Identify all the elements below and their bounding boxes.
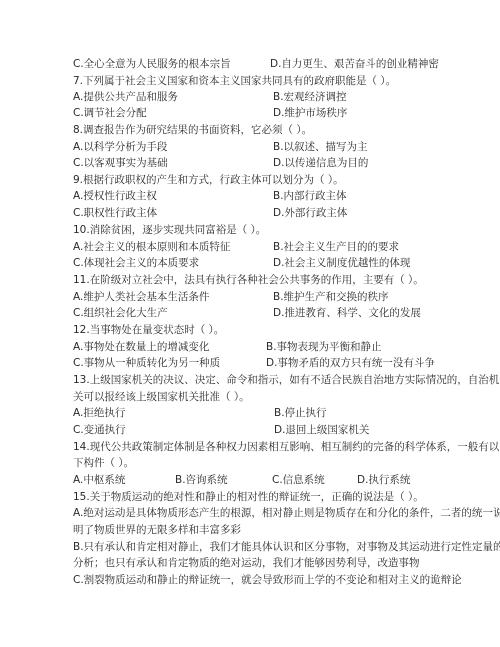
q10-stem: 10.消除贫困，逐步实现共同富裕是（ ）。 xyxy=(73,223,266,237)
q15-option-b-line1: B.只有承认和肯定相对静止，我们才能具体认识和区分事物，对事物及其运动进行定性定… xyxy=(73,540,500,554)
q8-option-a: A.以科学分析为手段 xyxy=(73,140,167,154)
q7-option-a: A.提供公共产品和服务 xyxy=(73,90,178,104)
q8-option-b: B.以叙述、描写为主 xyxy=(273,140,368,154)
q11-option-a: A.维护人类社会基本生活条件 xyxy=(73,290,209,304)
q7-option-b: B.宏观经济调控 xyxy=(273,90,347,104)
q10-option-d: D.社会主义制度优越性的体现 xyxy=(273,256,410,270)
q6-option-c: C.全心全意为人民服务的根本宗旨 xyxy=(73,57,231,71)
q10-option-a: A.社会主义的根本原则和本质特征 xyxy=(73,240,230,254)
q15-option-a-line1: A.绝对运动是具体物质形态产生的根源，相对静止则是物质存在和分化的条件，二者的统… xyxy=(73,506,500,520)
q9-option-a: A.授权性行政主权 xyxy=(73,189,157,203)
q15-option-a-line2: 明了物质世界的无限多样和丰富多彩 xyxy=(73,523,241,537)
q14-option-d: D.执行系统 xyxy=(357,473,410,487)
q9-option-b: B.内部行政主体 xyxy=(273,189,347,203)
q9-option-c: C.职权性行政主体 xyxy=(73,206,157,220)
q11-option-c: C.组织社会化大生产 xyxy=(73,306,168,320)
q14-option-b: B.咨询系统 xyxy=(175,473,228,487)
q13-option-a: A.拒绝执行 xyxy=(73,406,125,420)
q7-option-c: C.调节社会分配 xyxy=(73,106,147,120)
q9-stem: 9.根据行政职权的产生和方式，行政主体可以划分为（ ）。 xyxy=(73,173,344,187)
exam-page: C.全心全意为人民服务的根本宗旨 D.自力更生、艰苦奋斗的创业精神密 7.下列属… xyxy=(0,0,500,647)
q10-option-b: B.社会主义生产目的的要求 xyxy=(273,240,399,254)
q9-option-d: D.外部行政主体 xyxy=(273,206,347,220)
q7-stem: 7.下列属于社会主义国家和资本主义国家共同具有的政府职能是（ ）。 xyxy=(73,74,396,88)
q12-stem: 12.当事物处在量变状态时（ ）。 xyxy=(73,323,224,337)
q13-option-c: C.变通执行 xyxy=(73,423,126,437)
q13-option-d: D.退回上级国家机关 xyxy=(274,423,369,437)
q8-option-c: C.以客观事实为基础 xyxy=(73,156,168,170)
q10-option-c: C.体现社会主义的本质要求 xyxy=(73,256,199,270)
q11-option-d: D.推进教育、科学、文化的发展 xyxy=(273,306,421,320)
q12-option-a: A.事物处在数量上的增减变化 xyxy=(73,340,209,354)
q15-stem: 15.关于物质运动的绝对性和静止的相对性的辩证统一，正确的说法是（ ）。 xyxy=(73,490,424,504)
q12-option-d: D.事物矛盾的双方只有统一没有斗争 xyxy=(266,356,435,370)
q8-stem: 8.调查报告作为研究结果的书面资料，它必须（ ）。 xyxy=(73,123,312,137)
q14-stem-line1: 14.现代公共政策制定体制是各种权力因素相互影响、相互制约的完备的科学体系，一般… xyxy=(73,440,499,454)
q7-option-d: D.维护市场秩序 xyxy=(273,106,347,120)
q13-stem-line1: 13.上级国家机关的决议、决定、命令和指示，如有不适合民族自治地方实际情况的，自… xyxy=(73,373,499,387)
q14-stem-line2: 下构件（ ）。 xyxy=(73,456,134,470)
q14-option-c: C.信息系统 xyxy=(272,473,325,487)
q14-option-a: A.中枢系统 xyxy=(73,473,125,487)
q12-option-b: B.事物表现为平衡和静止 xyxy=(266,340,382,354)
q13-stem-line2: 关可以报经该上级国家机关批准（ ）。 xyxy=(73,390,250,404)
q6-option-d: D.自力更生、艰苦奋斗的创业精神密 xyxy=(270,57,439,71)
q11-option-b: B.维护生产和交换的秩序 xyxy=(273,290,389,304)
q13-option-b: B.停止执行 xyxy=(274,406,327,420)
q12-option-c: C.事物从一种质转化为另一种质 xyxy=(73,356,220,370)
q15-option-b-line2: 分析；也只有承认和肯定物质的绝对运动，我们才能够因势利导，改造事物 xyxy=(73,556,420,570)
q11-stem: 11.在阶级对立社会中，法具有执行各种社会公共事务的作用，主要有（ ）。 xyxy=(73,273,424,287)
q8-option-d: D.以传递信息为目的 xyxy=(273,156,368,170)
q15-option-c: C.割裂物质运动和静止的辩证统一，就会导致形而上学的不变论和相对主义的诡辩论 xyxy=(73,573,462,587)
